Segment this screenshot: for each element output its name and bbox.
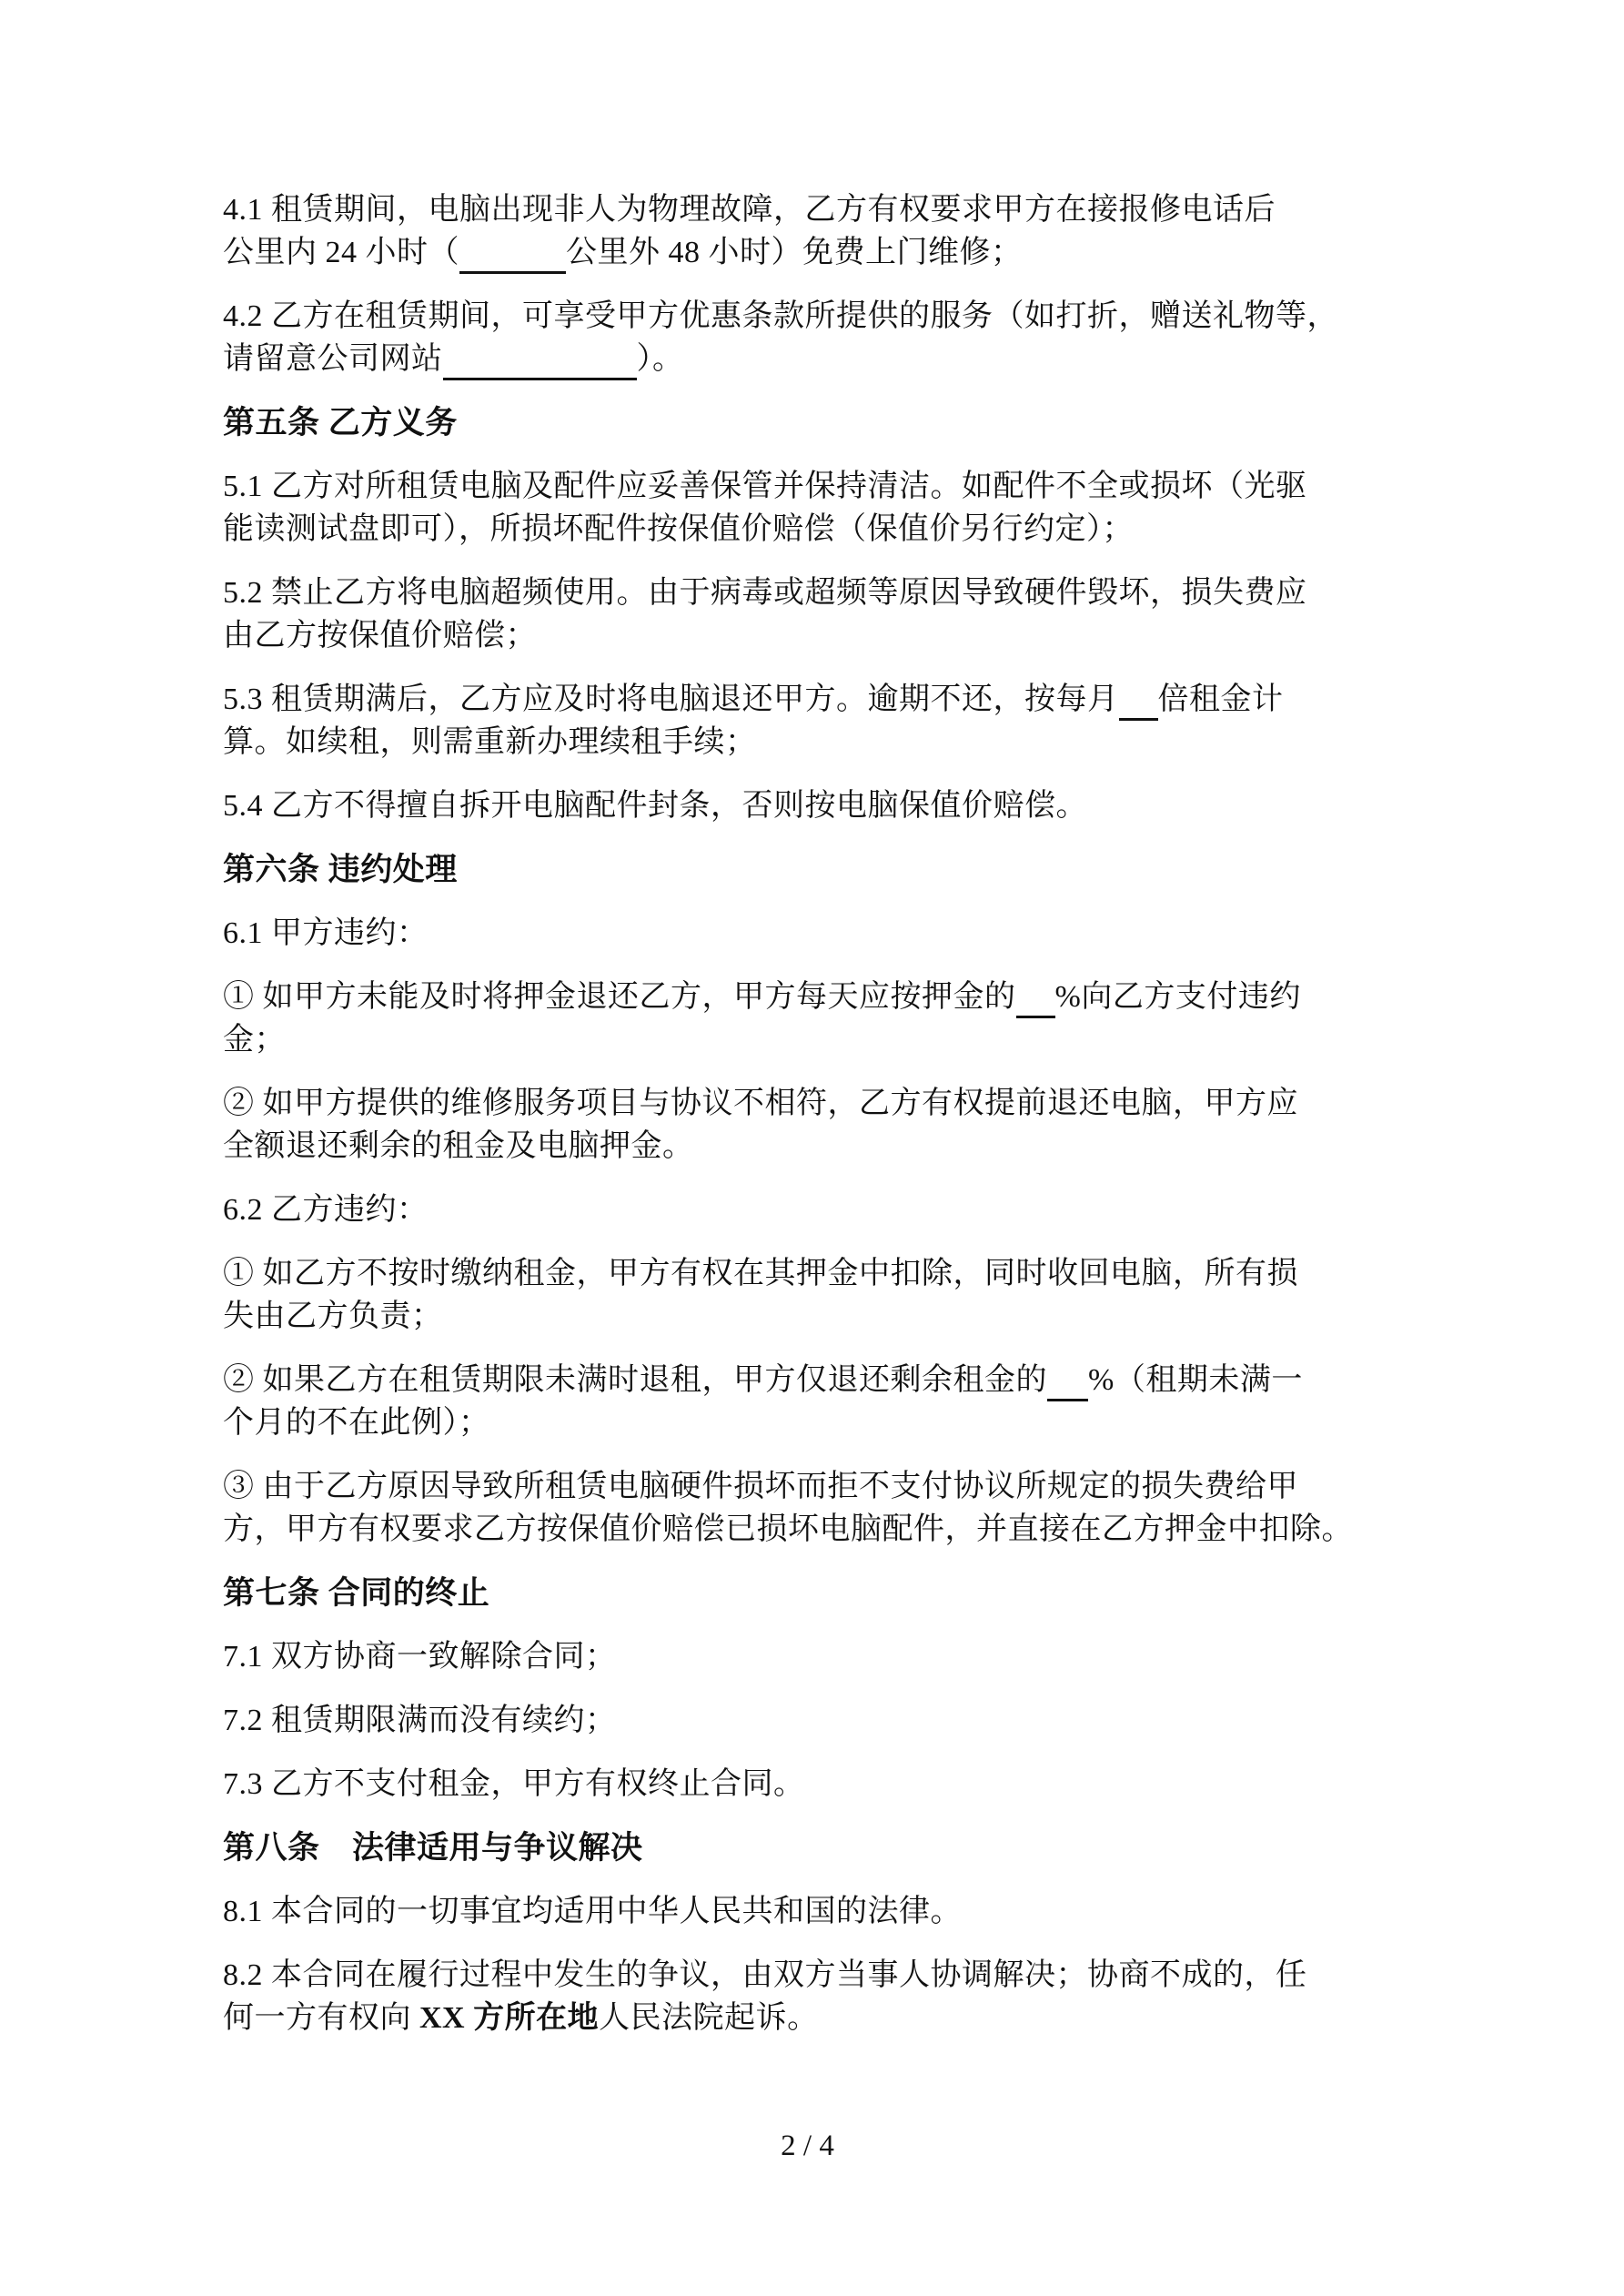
text-segment: 6.2 乙方违约：: [223, 1193, 429, 1227]
text-line: 7.2 租赁期限满而没有续约；: [223, 1699, 1406, 1742]
text-segment: 第六条 违约处理: [223, 852, 458, 887]
text-segment: 4.2 乙方在租赁期间，可享受甲方优惠条款所提供的服务（如打折，赠送礼物等，: [223, 299, 1338, 333]
contract-page: 4.1 租赁期间，电脑出现非人为物理故障，乙方有权要求甲方在接报修电话后公里内 …: [0, 0, 1624, 2296]
text-segment: 人民法院起诉。: [599, 2001, 819, 2035]
text-line: ① 如乙方不按时缴纳租金，甲方有权在其押金中扣除，同时收回电脑，所有损: [223, 1252, 1406, 1295]
text-line: 4.2 乙方在租赁期间，可享受甲方优惠条款所提供的服务（如打折，赠送礼物等，: [223, 295, 1406, 338]
paragraph: 7.1 双方协商一致解除合同；: [223, 1635, 1406, 1678]
text-segment: %向乙方支付违约: [1055, 980, 1301, 1014]
text-segment: ② 如甲方提供的维修服务项目与协议不相符，乙方有权提前退还电脑，甲方应: [223, 1087, 1298, 1120]
text-segment: ）。: [637, 342, 684, 376]
paragraph: 6.2 乙方违约：: [223, 1188, 1406, 1231]
text-line: 6.1 甲方违约：: [223, 912, 1406, 955]
contract-body: 4.1 租赁期间，电脑出现非人为物理故障，乙方有权要求甲方在接报修电话后公里内 …: [223, 188, 1406, 2060]
text-line: 能读测试盘即可），所损坏配件按保值价赔偿（保值价另行约定）；: [223, 508, 1406, 551]
section-heading: 第七条 合同的终止: [223, 1572, 1406, 1614]
fill-in-blank: [1047, 1364, 1088, 1401]
paragraph: 8.2 本合同在履行过程中发生的争议，由双方当事人协调解决；协商不成的，任何一方…: [223, 1954, 1406, 2039]
text-segment: 失由乙方负责；: [223, 1300, 443, 1333]
text-line: 请留意公司网站）。: [223, 338, 1406, 380]
paragraph: 5.1 乙方对所租赁电脑及配件应妥善保管并保持清洁。如配件不全或损坏（光驱能读测…: [223, 465, 1406, 551]
text-line: ① 如甲方未能及时将押金退还乙方，甲方每天应按押金的%向乙方支付违约: [223, 976, 1406, 1018]
paragraph: 7.2 租赁期限满而没有续约；: [223, 1699, 1406, 1742]
text-segment: 全额退还剩余的租金及电脑押金。: [223, 1129, 694, 1163]
text-segment: 5.3 租赁期满后，乙方应及时将电脑退还甲方。逾期不还，按每月: [223, 683, 1119, 716]
text-segment: 5.1 乙方对所租赁电脑及配件应妥善保管并保持清洁。如配件不全或损坏（光驱: [223, 470, 1307, 503]
text-segment: 8.1 本合同的一切事宜均适用中华人民共和国的法律。: [223, 1895, 962, 1928]
paragraph: 4.2 乙方在租赁期间，可享受甲方优惠条款所提供的服务（如打折，赠送礼物等，请留…: [223, 295, 1406, 380]
paragraph: 6.1 甲方违约：: [223, 912, 1406, 955]
text-line: 5.1 乙方对所租赁电脑及配件应妥善保管并保持清洁。如配件不全或损坏（光驱: [223, 465, 1406, 508]
text-segment: 第五条 乙方义务: [223, 405, 458, 440]
text-segment: 何一方有权向: [223, 2001, 419, 2035]
text-line: 由乙方按保值价赔偿；: [223, 614, 1406, 657]
text-segment: ① 如甲方未能及时将押金退还乙方，甲方每天应按押金的: [223, 980, 1016, 1014]
text-segment: 公里外 48 小时）免费上门维修；: [566, 236, 1023, 269]
text-segment: 6.1 甲方违约：: [223, 916, 429, 950]
text-segment: 5.4 乙方不得擅自拆开电脑配件封条，否则按电脑保值价赔偿。: [223, 789, 1087, 823]
text-line: 第八条 法律适用与争议解决: [223, 1826, 1406, 1869]
text-segment: 4.1 租赁期间，电脑出现非人为物理故障，乙方有权要求甲方在接报修电话后: [223, 193, 1276, 227]
paragraph: 4.1 租赁期间，电脑出现非人为物理故障，乙方有权要求甲方在接报修电话后公里内 …: [223, 188, 1406, 274]
text-segment: 能读测试盘即可），所损坏配件按保值价赔偿（保值价另行约定）；: [223, 512, 1134, 546]
text-segment: 金；: [223, 1023, 286, 1057]
paragraph: ③ 由于乙方原因导致所租赁电脑硬件损坏而拒不支付协议所规定的损失费给甲方，甲方有…: [223, 1465, 1406, 1551]
fill-in-blank: [1016, 981, 1055, 1018]
text-segment: 请留意公司网站: [223, 342, 443, 376]
section-heading: 第五条 乙方义务: [223, 401, 1406, 444]
text-segment: ③ 由于乙方原因导致所租赁电脑硬件损坏而拒不支付协议所规定的损失费给甲: [223, 1470, 1298, 1503]
text-segment: 第八条 法律适用与争议解决: [223, 1830, 643, 1866]
text-line: 何一方有权向 XX 方所在地人民法院起诉。: [223, 1997, 1406, 2039]
text-segment: 7.1 双方协商一致解除合同；: [223, 1640, 617, 1674]
paragraph: 5.3 租赁期满后，乙方应及时将电脑退还甲方。逾期不还，按每月倍租金计算。如续租…: [223, 678, 1406, 764]
text-line: 全额退还剩余的租金及电脑押金。: [223, 1125, 1406, 1168]
text-line: 个月的不在此例）；: [223, 1401, 1406, 1444]
paragraph: 5.4 乙方不得擅自拆开电脑配件封条，否则按电脑保值价赔偿。: [223, 784, 1406, 827]
text-line: 5.2 禁止乙方将电脑超频使用。由于病毒或超频等原因导致硬件毁坏，损失费应: [223, 571, 1406, 614]
paragraph: ① 如甲方未能及时将押金退还乙方，甲方每天应按押金的%向乙方支付违约金；: [223, 976, 1406, 1061]
text-line: 7.3 乙方不支付租金，甲方有权终止合同。: [223, 1763, 1406, 1805]
text-segment: 算。如续租，则需重新办理续租手续；: [223, 725, 757, 759]
text-line: 公里内 24 小时（公里外 48 小时）免费上门维修；: [223, 231, 1406, 274]
paragraph: 8.1 本合同的一切事宜均适用中华人民共和国的法律。: [223, 1890, 1406, 1933]
text-line: 5.4 乙方不得擅自拆开电脑配件封条，否则按电脑保值价赔偿。: [223, 784, 1406, 827]
paragraph: ① 如乙方不按时缴纳租金，甲方有权在其押金中扣除，同时收回电脑，所有损失由乙方负…: [223, 1252, 1406, 1338]
section-heading: 第六条 违约处理: [223, 848, 1406, 891]
text-line: 5.3 租赁期满后，乙方应及时将电脑退还甲方。逾期不还，按每月倍租金计: [223, 678, 1406, 721]
text-line: ② 如甲方提供的维修服务项目与协议不相符，乙方有权提前退还电脑，甲方应: [223, 1082, 1406, 1125]
text-line: 金；: [223, 1018, 1406, 1061]
text-segment: 7.2 租赁期限满而没有续约；: [223, 1704, 617, 1737]
text-segment: 8.2 本合同在履行过程中发生的争议，由双方当事人协调解决；协商不成的，任: [223, 1958, 1307, 1992]
text-segment: 7.3 乙方不支付租金，甲方有权终止合同。: [223, 1767, 805, 1801]
text-segment: 倍租金计: [1158, 683, 1284, 716]
text-segment: ② 如果乙方在租赁期限未满时退租，甲方仅退还剩余租金的: [223, 1363, 1047, 1397]
text-segment: 5.2 禁止乙方将电脑超频使用。由于病毒或超频等原因导致硬件毁坏，损失费应: [223, 576, 1307, 610]
bold-text-segment: XX 方所在地: [419, 2001, 599, 2035]
text-segment: 公里内 24 小时（: [223, 236, 459, 269]
section-heading: 第八条 法律适用与争议解决: [223, 1826, 1406, 1869]
text-segment: 方，甲方有权要求乙方按保值价赔偿已损坏电脑配件，并直接在乙方押金中扣除。: [223, 1512, 1353, 1546]
page-number: 2 / 4: [223, 2128, 1392, 2164]
paragraph: 5.2 禁止乙方将电脑超频使用。由于病毒或超频等原因导致硬件毁坏，损失费应由乙方…: [223, 571, 1406, 657]
text-segment: 由乙方按保值价赔偿；: [223, 619, 537, 652]
text-line: 第六条 违约处理: [223, 848, 1406, 891]
text-segment: ① 如乙方不按时缴纳租金，甲方有权在其押金中扣除，同时收回电脑，所有损: [223, 1257, 1298, 1290]
fill-in-blank: [443, 343, 637, 380]
fill-in-blank: [1119, 683, 1158, 721]
text-segment: %（租期未满一: [1088, 1363, 1303, 1397]
text-line: 8.2 本合同在履行过程中发生的争议，由双方当事人协调解决；协商不成的，任: [223, 1954, 1406, 1997]
text-line: 第五条 乙方义务: [223, 401, 1406, 444]
text-segment: 第七条 合同的终止: [223, 1575, 489, 1611]
paragraph: 7.3 乙方不支付租金，甲方有权终止合同。: [223, 1763, 1406, 1805]
text-line: 8.1 本合同的一切事宜均适用中华人民共和国的法律。: [223, 1890, 1406, 1933]
text-line: 第七条 合同的终止: [223, 1572, 1406, 1614]
text-line: ③ 由于乙方原因导致所租赁电脑硬件损坏而拒不支付协议所规定的损失费给甲: [223, 1465, 1406, 1508]
text-segment: 个月的不在此例）；: [223, 1406, 490, 1440]
text-line: 6.2 乙方违约：: [223, 1188, 1406, 1231]
text-line: 失由乙方负责；: [223, 1295, 1406, 1338]
text-line: 4.1 租赁期间，电脑出现非人为物理故障，乙方有权要求甲方在接报修电话后: [223, 188, 1406, 231]
text-line: 7.1 双方协商一致解除合同；: [223, 1635, 1406, 1678]
text-line: 算。如续租，则需重新办理续租手续；: [223, 721, 1406, 764]
fill-in-blank: [459, 237, 566, 274]
paragraph: ② 如果乙方在租赁期限未满时退租，甲方仅退还剩余租金的%（租期未满一个月的不在此…: [223, 1359, 1406, 1444]
text-line: ② 如果乙方在租赁期限未满时退租，甲方仅退还剩余租金的%（租期未满一: [223, 1359, 1406, 1401]
text-line: 方，甲方有权要求乙方按保值价赔偿已损坏电脑配件，并直接在乙方押金中扣除。: [223, 1508, 1406, 1551]
paragraph: ② 如甲方提供的维修服务项目与协议不相符，乙方有权提前退还电脑，甲方应全额退还剩…: [223, 1082, 1406, 1168]
